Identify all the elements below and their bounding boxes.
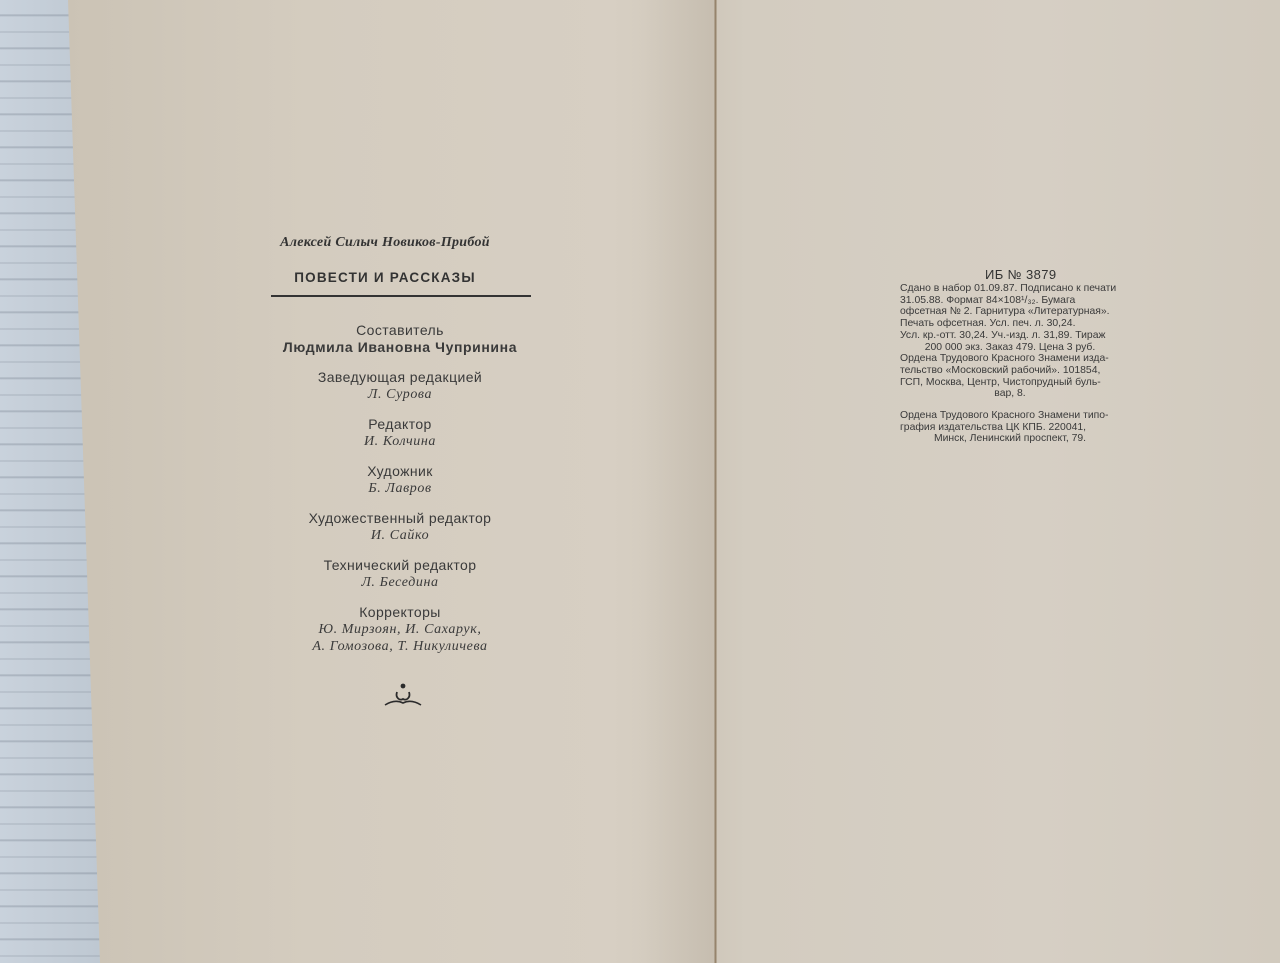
publisher-logo-icon <box>383 682 423 708</box>
imprint-block: Сдано в набор 01.09.87. Подписано к печа… <box>900 283 1120 445</box>
book-title: ПОВЕСТИ И РАССКАЗЫ <box>205 270 565 285</box>
book-author: Алексей Силыч Новиков-Прибой <box>205 235 565 251</box>
credit-role: Корректоры <box>200 604 600 621</box>
imprint-line: 200 000 экз. Заказ 479. Цена 3 руб. <box>900 342 1120 354</box>
imprint-line: офсетная № 2. Гарнитура «Литературная». <box>900 306 1120 318</box>
publisher-line: Ордена Трудового Красного Знамени изда- <box>900 353 1120 365</box>
credit-editor: Редактор И. Колчина <box>200 416 600 450</box>
credit-name: Л. Беседина <box>200 574 600 591</box>
ib-number: ИБ № 3879 <box>985 267 1057 282</box>
publisher-line: тельство «Московский рабочий». 101854, <box>900 365 1120 377</box>
credit-role: Художник <box>200 463 600 480</box>
book-spine <box>714 0 717 963</box>
credit-name: И. Сайко <box>200 527 600 544</box>
printer-line: Минск, Ленинский проспект, 79. <box>900 433 1120 445</box>
printer-line: графия издательства ЦК КПБ. 220041, <box>900 422 1120 434</box>
credit-name: Ю. Мирзоян, И. Сахарук, <box>200 621 600 638</box>
credit-head-of-editorial: Заведующая редакцией Л. Сурова <box>200 369 600 403</box>
imprint-line: Печать офсетная. Усл. печ. л. 30,24. <box>900 318 1120 330</box>
credit-name: Людмила Ивановна Чупринина <box>200 339 600 356</box>
credit-name: Б. Лавров <box>200 480 600 497</box>
credit-artist: Художник Б. Лавров <box>200 463 600 497</box>
gutter-shadow <box>640 0 716 963</box>
credit-compiler: Составитель Людмила Ивановна Чупринина <box>200 322 600 356</box>
credit-role: Технический редактор <box>200 557 600 574</box>
credit-proofreaders: Корректоры Ю. Мирзоян, И. Сахарук, А. Го… <box>200 604 600 655</box>
imprint-line: Усл. кр.-отт. 30,24. Уч.-изд. л. 31,89. … <box>900 330 1120 342</box>
credit-role: Составитель <box>200 322 600 339</box>
credit-name: И. Колчина <box>200 433 600 450</box>
credit-role: Заведующая редакцией <box>200 369 600 386</box>
imprint-line: 31.05.88. Формат 84×108¹/₃₂. Бумага <box>900 295 1120 307</box>
credit-role: Редактор <box>200 416 600 433</box>
credit-technical-editor: Технический редактор Л. Беседина <box>200 557 600 591</box>
credit-name: Л. Сурова <box>200 386 600 403</box>
publisher-line: ГСП, Москва, Центр, Чистопрудный буль- <box>900 377 1120 389</box>
imprint-line: Сдано в набор 01.09.87. Подписано к печа… <box>900 283 1120 295</box>
credit-name: А. Гомозова, Т. Никуличева <box>200 638 600 655</box>
credits-list: Составитель Людмила Ивановна Чупринина З… <box>200 322 600 668</box>
spacer <box>900 400 1120 410</box>
credit-art-editor: Художественный редактор И. Сайко <box>200 510 600 544</box>
publisher-line: вар, 8. <box>900 388 1120 400</box>
title-divider <box>271 295 531 297</box>
credit-role: Художественный редактор <box>200 510 600 527</box>
printer-line: Ордена Трудового Красного Знамени типо- <box>900 410 1120 422</box>
